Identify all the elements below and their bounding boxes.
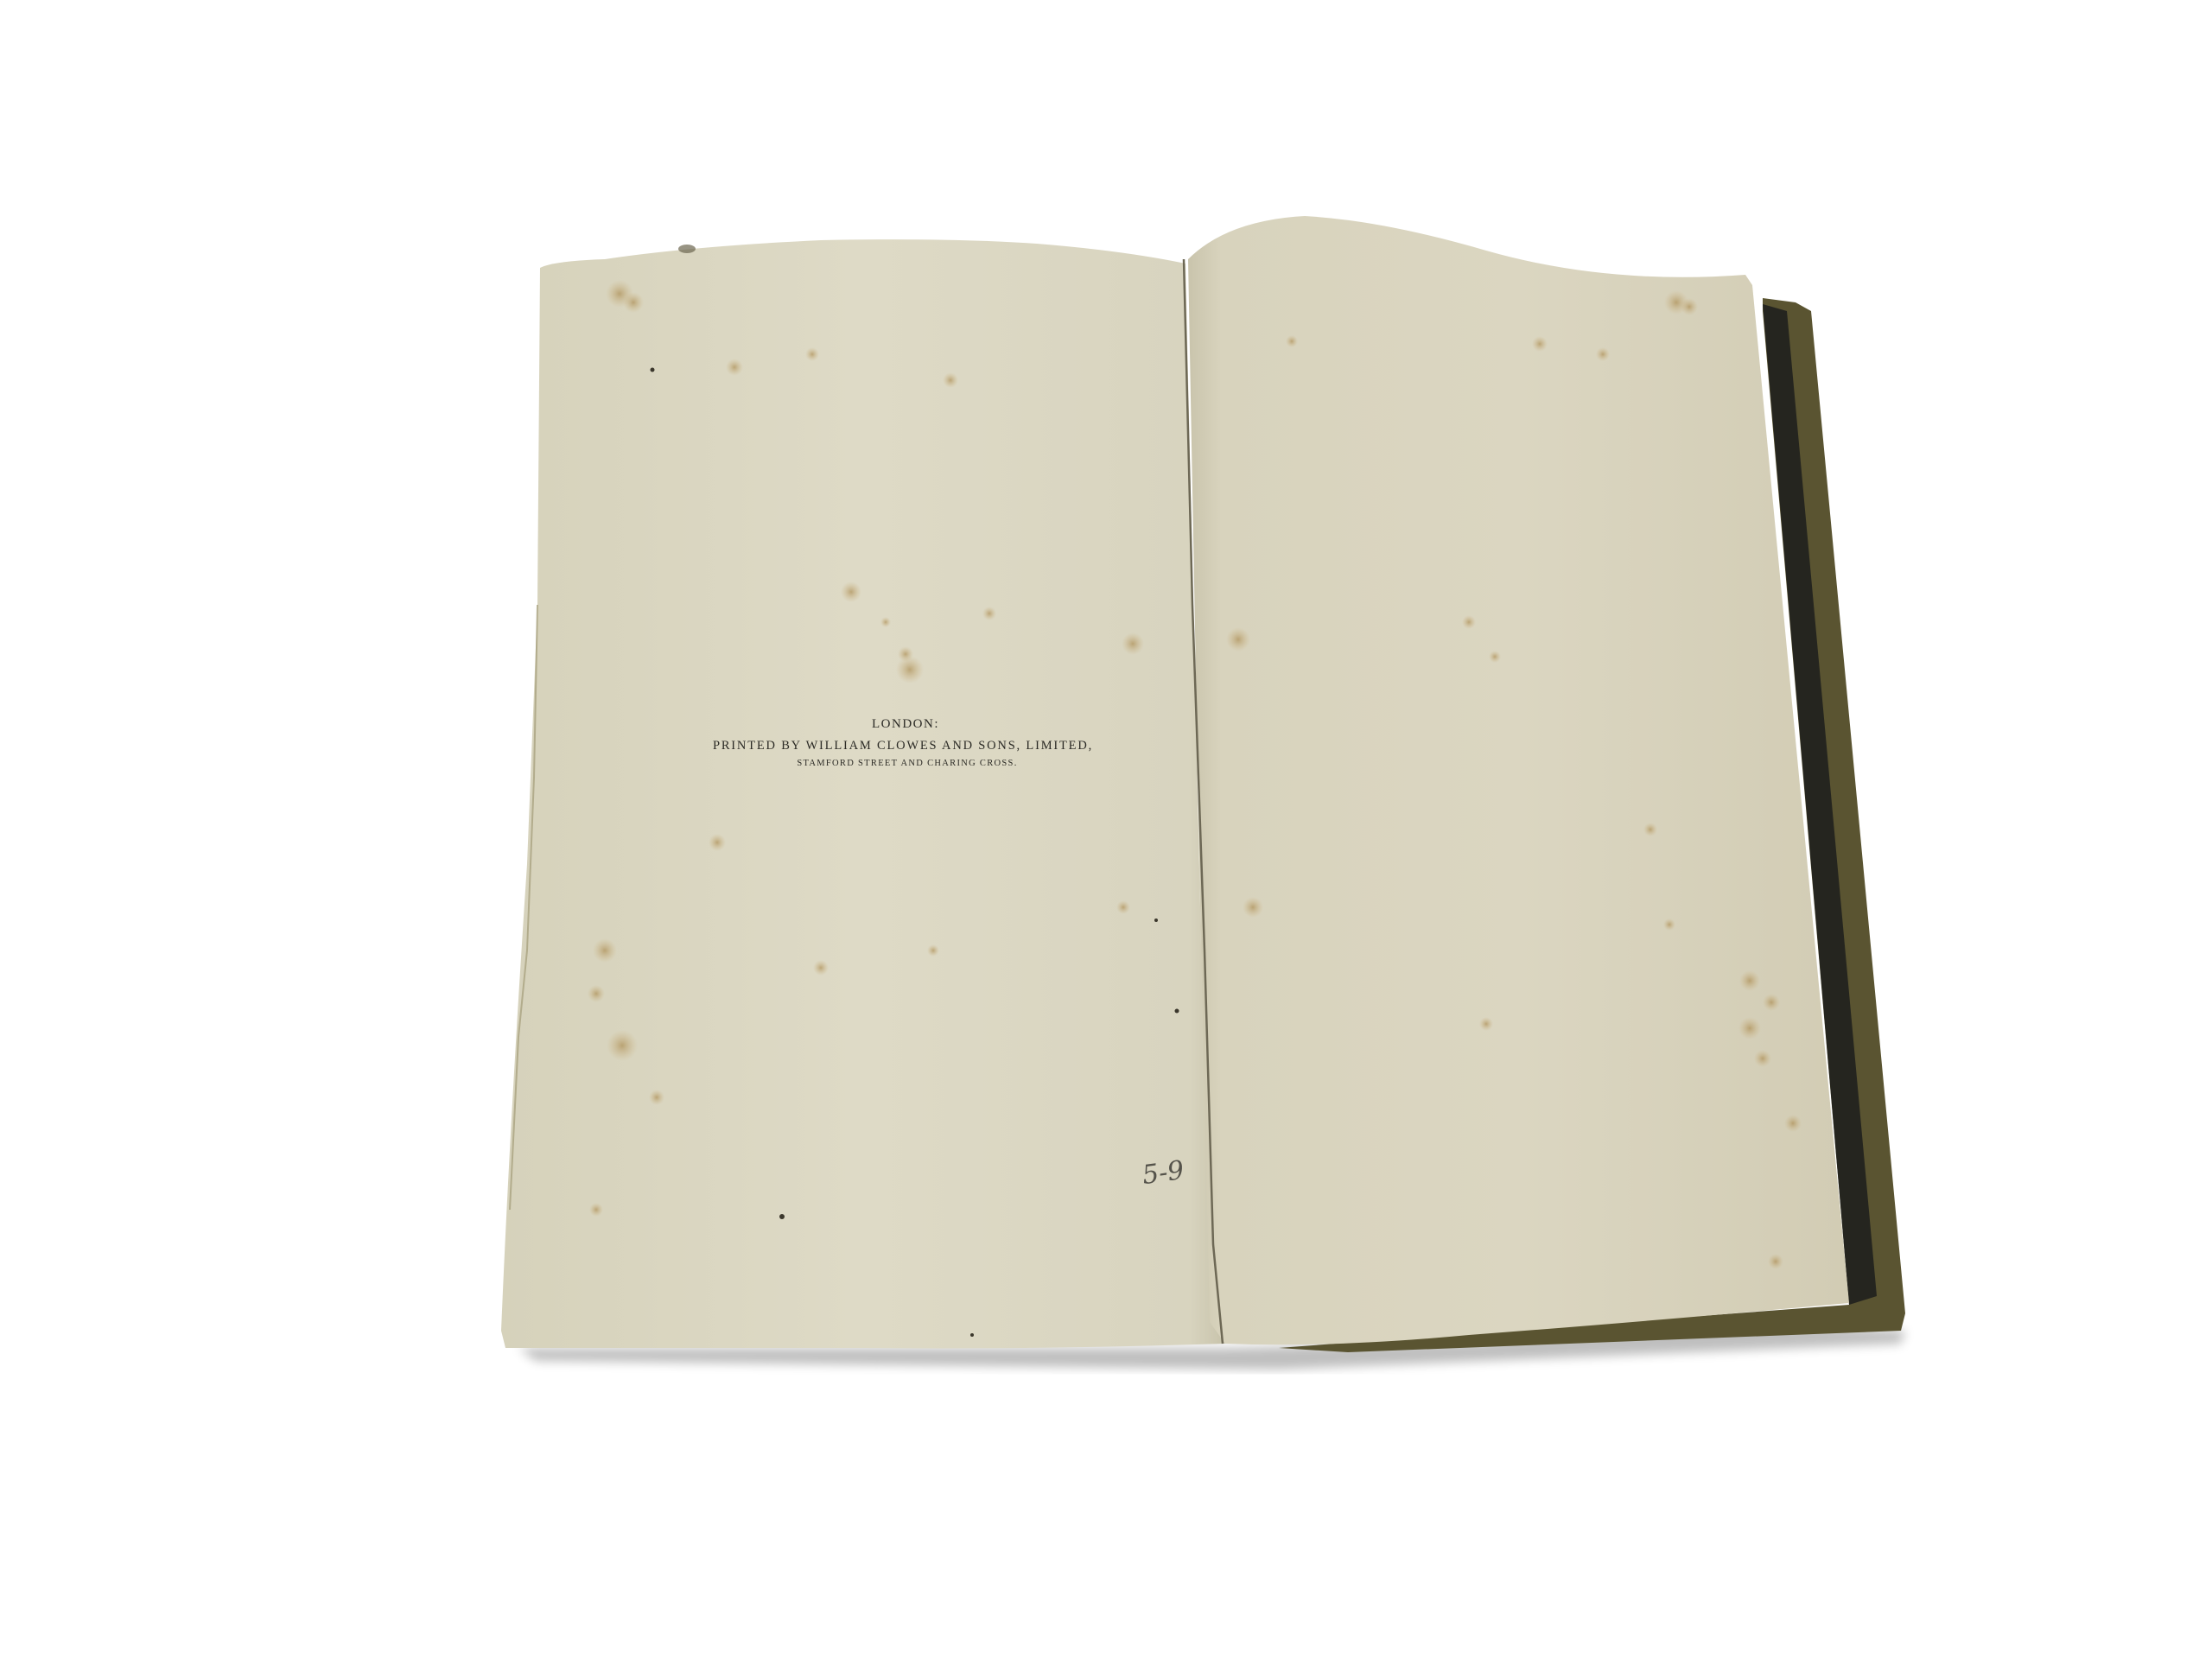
imprint-address: STAMFORD STREET AND CHARING CROSS. <box>557 759 1257 768</box>
book-photo <box>0 0 2212 1659</box>
left-page <box>501 239 1225 1348</box>
handwritten-note: 5-9 <box>1141 1155 1186 1191</box>
imprint-printer: PRINTED BY WILLIAM CLOWES AND SONS, LIMI… <box>553 739 1253 753</box>
right-page <box>1188 216 1849 1344</box>
imprint-city: LONDON: <box>536 717 1275 732</box>
